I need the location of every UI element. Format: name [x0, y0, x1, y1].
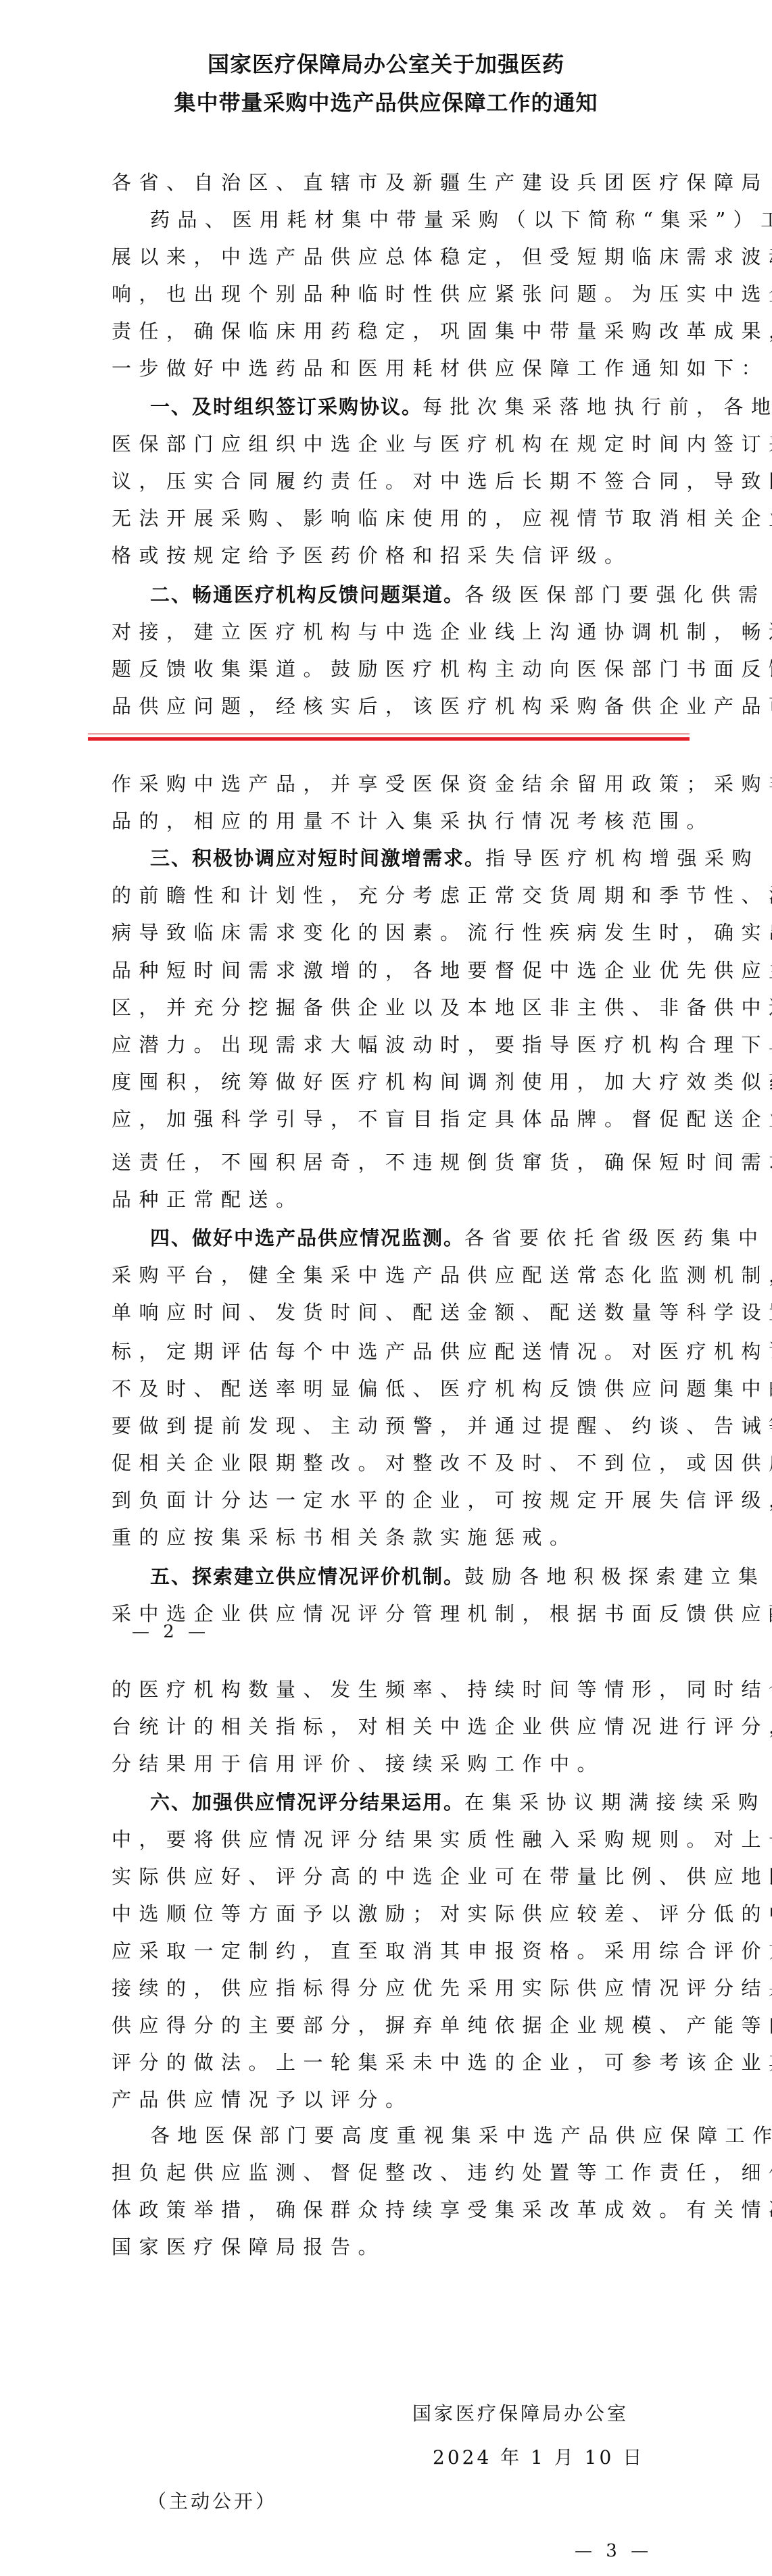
body-text-span: 医保部门应组织中选企业与医疗机构在规定时间内签订采购协 [112, 432, 772, 455]
body-line: 病导致临床需求变化的因素。流行性疾病发生时，确实出现集采 [112, 919, 666, 946]
body-text-span: 展以来，中选产品供应总体稳定，但受短期临床需求波动等影 [112, 245, 772, 268]
page-divider-thin [88, 733, 690, 735]
body-text-span: 品的，相应的用量不计入集采执行情况考核范围。 [112, 810, 714, 833]
addressee: 各省、自治区、直辖市及新疆生产建设兵团医疗保障局： [112, 169, 666, 196]
body-text-span: 题反馈收集渠道。鼓励医疗机构主动向医保部门书面反馈中选产 [112, 658, 772, 680]
body-text-span: 议，压实合同履约责任。对中选后长期不签合同，导致医疗机构 [112, 470, 772, 493]
body-line: 到负面计分达一定水平的企业，可按规定开展失信评级，情节严 [112, 1487, 666, 1514]
body-line: 单响应时间、发货时间、配送金额、配送数量等科学设置监测指 [112, 1299, 666, 1326]
section-heading-line: 一、及时组织签订采购协议。每批次集采落地执行前，各地 [150, 393, 666, 420]
body-text-span: 体政策举措，确保群众持续享受集采改革成效。有关情况及时向 [112, 2198, 772, 2221]
body-line: 的前瞻性和计划性，充分考虑正常交货周期和季节性、流行性疾 [112, 882, 666, 909]
body-line: 不及时、配送率明显偏低、医疗机构反馈供应问题集中的产品， [112, 1375, 666, 1402]
section-heading: 三、积极协调应对短时间激增需求。 [150, 847, 485, 870]
body-text-span: 要做到提前发现、主动预警，并通过提醒、约谈、告诫等方式督 [112, 1414, 772, 1437]
body-text-span: 指导医疗机构增强采购 [485, 847, 759, 870]
body-text-span: 台统计的相关指标，对相关中选企业供应情况进行评分，并将评 [112, 1715, 772, 1738]
section-heading-line: 四、做好中选产品供应情况监测。各省要依托省级医药集中 [150, 1224, 666, 1252]
body-line: 接续的，供应指标得分应优先采用实际供应情况评分结果，并占 [112, 1975, 666, 2002]
body-line: 药品、医用耗材集中带量采购（以下简称“集采”）工作开 [150, 206, 666, 233]
body-text-span: 单响应时间、发货时间、配送金额、配送数量等科学设置监测指 [112, 1301, 772, 1324]
page-number-3: — 3 — [575, 2541, 652, 2561]
signature-org: 国家医疗保障局办公室 [412, 2399, 629, 2426]
body-text-span: 国家医疗保障局报告。 [112, 2235, 385, 2258]
body-text-span: 区，并充分挖掘备供企业以及本地区非主供、非备供中选企业供 [112, 996, 772, 1019]
body-line: 重的应按集采标书相关条款实施惩戒。 [112, 1524, 666, 1551]
body-text-span: 品种短时间需求激增的，各地要督促中选企业优先供应主供地 [112, 959, 772, 982]
body-line: 促相关企业限期整改。对整改不及时、不到位，或因供应问题受 [112, 1450, 666, 1477]
section-heading-line: 五、探索建立供应情况评价机制。鼓励各地积极探索建立集 [150, 1563, 666, 1590]
body-line: 标，定期评估每个中选产品供应配送情况。对医疗机构订单响应 [112, 1338, 666, 1365]
body-line: 医保部门应组织中选企业与医疗机构在规定时间内签订采购协 [112, 430, 666, 457]
section-heading: 四、做好中选产品供应情况监测。 [150, 1227, 464, 1249]
disclosure-note: （主动公开） [147, 2487, 277, 2514]
body-line: 议，压实合同履约责任。对中选后长期不签合同，导致医疗机构 [112, 468, 666, 495]
body-line: 品种正常配送。 [112, 1186, 666, 1213]
section-heading-line: 三、积极协调应对短时间激增需求。指导医疗机构增强采购 [150, 845, 666, 872]
body-text-span: 到负面计分达一定水平的企业，可按规定开展失信评级，情节严 [112, 1489, 772, 1512]
body-line: 分结果用于信用评价、接续采购工作中。 [112, 1750, 666, 1777]
section-heading: 一、及时组织签订采购协议。 [150, 395, 423, 418]
body-line: 送责任，不囤积居奇，不违规倒货窜货，确保短时间需求激增的 [112, 1149, 666, 1176]
body-line: 品的，相应的用量不计入集采执行情况考核范围。 [112, 808, 666, 835]
body-text-span: 病导致临床需求变化的因素。流行性疾病发生时，确实出现集采 [112, 921, 772, 944]
page-number-2: — 2 — [132, 1622, 210, 1642]
section-heading: 六、加强供应情况评分结果运用。 [150, 1791, 464, 1814]
body-text-span: 应采取一定制约，直至取消其申报资格。采用综合评价方式开展 [112, 1939, 772, 1962]
body-text-span: 送责任，不囤积居奇，不违规倒货窜货，确保短时间需求激增的 [112, 1151, 772, 1174]
body-line: 供应得分的主要部分，摒弃单纯依据企业规模、产能等间接指标 [112, 2012, 666, 2039]
body-text-span: 实际供应好、评分高的中选企业可在带量比例、供应地区选择、 [112, 1865, 772, 1888]
body-text-span: 促相关企业限期整改。对整改不及时、不到位，或因供应问题受 [112, 1452, 772, 1475]
body-text-span: 分结果用于信用评价、接续采购工作中。 [112, 1752, 604, 1775]
body-text-span: 每批次集采落地执行前，各地 [423, 395, 772, 418]
body-text-span: 品供应问题，经核实后，该医疗机构采购备供企业产品可直接视 [112, 695, 772, 718]
body-text-span: 重的应按集采标书相关条款实施惩戒。 [112, 1526, 577, 1549]
body-line: 采购平台，健全集采中选产品供应配送常态化监测机制，通过订 [112, 1262, 666, 1289]
body-text-span: 中选顺位等方面予以激励；对实际供应较差、评分低的中选企业 [112, 1902, 772, 1925]
body-line: 的医疗机构数量、发生频率、持续时间等情形，同时结合采购平 [112, 1676, 666, 1703]
title-line-1: 国家医疗保障局办公室关于加强医药 [0, 51, 772, 78]
body-line: 体政策举措，确保群众持续享受集采改革成效。有关情况及时向 [112, 2196, 666, 2223]
body-line: 应采取一定制约，直至取消其申报资格。采用综合评价方式开展 [112, 1937, 666, 1964]
section-heading-line: 六、加强供应情况评分结果运用。在集采协议期满接续采购 [150, 1789, 666, 1816]
body-text-span: 的医疗机构数量、发生频率、持续时间等情形，同时结合采购平 [112, 1678, 772, 1701]
body-line: 格或按规定给予医药价格和招采失信评级。 [112, 542, 666, 569]
body-line: 应，加强科学引导，不盲目指定具体品牌。督促配送企业履行配 [112, 1106, 666, 1133]
body-text-span: 度囤积，统筹做好医疗机构间调剂使用，加大疗效类似药品的供 [112, 1070, 772, 1093]
body-text-span: 接续的，供应指标得分应优先采用实际供应情况评分结果，并占 [112, 1977, 772, 2000]
body-line: 担负起供应监测、督促整改、违约处置等工作责任，细化完善具 [112, 2159, 666, 2186]
body-line: 应潜力。出现需求大幅波动时，要指导医疗机构合理下单、不过 [112, 1031, 666, 1058]
body-line: 作采购中选产品，并享受医保资金结余留用政策；采购非中选产 [112, 770, 666, 797]
body-text-span: 各级医保部门要强化供需 [464, 583, 766, 606]
body-line: 一步做好中选药品和医用耗材供应保障工作通知如下： [112, 355, 666, 382]
body-line: 实际供应好、评分高的中选企业可在带量比例、供应地区选择、 [112, 1863, 666, 1890]
body-text-span: 各地医保部门要高度重视集采中选产品供应保障工作，切实 [150, 2124, 772, 2147]
body-line: 对接，建立医疗机构与中选企业线上沟通协调机制，畅通供应问 [112, 618, 666, 645]
body-text-span: 品种正常配送。 [112, 1188, 304, 1211]
body-line: 度囤积，统筹做好医疗机构间调剂使用，加大疗效类似药品的供 [112, 1068, 666, 1095]
body-text-span: 中，要将供应情况评分结果实质性融入采购规则。对上一轮集采 [112, 1828, 772, 1851]
body-text-span: 采中选企业供应情况评分管理机制，根据书面反馈供应配送问题 [112, 1602, 772, 1625]
body-line: 国家医疗保障局报告。 [112, 2233, 666, 2260]
body-text-span: 格或按规定给予医药价格和招采失信评级。 [112, 544, 632, 567]
body-text-span: 评分的做法。上一轮集采未中选的企业，可参考该企业其他中选 [112, 2051, 772, 2074]
body-line: 展以来，中选产品供应总体稳定，但受短期临床需求波动等影 [112, 243, 666, 270]
title-line-2: 集中带量采购中选产品供应保障工作的通知 [0, 89, 772, 116]
body-line: 责任，确保临床用药稳定，巩固集中带量采购改革成果，现就进 [112, 318, 666, 345]
body-line: 要做到提前发现、主动预警，并通过提醒、约谈、告诫等方式督 [112, 1412, 666, 1439]
body-text-span: 采购平台，健全集采中选产品供应配送常态化监测机制，通过订 [112, 1264, 772, 1287]
body-text-span: 对接，建立医疗机构与中选企业线上沟通协调机制，畅通供应问 [112, 620, 772, 643]
section-heading: 五、探索建立供应情况评价机制。 [150, 1565, 464, 1588]
body-line: 中选顺位等方面予以激励；对实际供应较差、评分低的中选企业 [112, 1900, 666, 1927]
body-line: 区，并充分挖掘备供企业以及本地区非主供、非备供中选企业供 [112, 994, 666, 1021]
body-text-span: 产品供应情况予以评分。 [112, 2088, 413, 2111]
body-text-span: 应潜力。出现需求大幅波动时，要指导医疗机构合理下单、不过 [112, 1033, 772, 1056]
signature-date: 2024 年 1 月 10 日 [433, 2443, 644, 2470]
body-line: 品供应问题，经核实后，该医疗机构采购备供企业产品可直接视 [112, 693, 666, 720]
page-divider-thick [88, 737, 690, 741]
body-text-span: 响，也出现个别品种临时性供应紧张问题。为压实中选企业履约 [112, 282, 772, 305]
body-line: 中，要将供应情况评分结果实质性融入采购规则。对上一轮集采 [112, 1826, 666, 1853]
body-text-span: 鼓励各地积极探索建立集 [464, 1565, 766, 1588]
body-text-span: 药品、医用耗材集中带量采购（以下简称“集采”）工作开 [150, 208, 772, 231]
body-line: 评分的做法。上一轮集采未中选的企业，可参考该企业其他中选 [112, 2049, 666, 2076]
section-heading: 二、畅通医疗机构反馈问题渠道。 [150, 583, 464, 606]
body-line: 响，也出现个别品种临时性供应紧张问题。为压实中选企业履约 [112, 280, 666, 307]
body-text-span: 应，加强科学引导，不盲目指定具体品牌。督促配送企业履行配 [112, 1108, 772, 1131]
body-text-span: 在集采协议期满接续采购 [464, 1791, 766, 1814]
body-text-span: 担负起供应监测、督促整改、违约处置等工作责任，细化完善具 [112, 2161, 772, 2184]
body-text-span: 各省要依托省级医药集中 [464, 1227, 766, 1249]
body-text-span: 的前瞻性和计划性，充分考虑正常交货周期和季节性、流行性疾 [112, 884, 772, 907]
body-line: 无法开展采购、影响临床使用的，应视情节取消相关企业中选资 [112, 505, 666, 532]
body-line: 各地医保部门要高度重视集采中选产品供应保障工作，切实 [150, 2122, 666, 2149]
body-line: 产品供应情况予以评分。 [112, 2086, 666, 2113]
body-text-span: 责任，确保临床用药稳定，巩固集中带量采购改革成果，现就进 [112, 320, 772, 343]
body-text-span: 一步做好中选药品和医用耗材供应保障工作通知如下： [112, 357, 769, 380]
body-text-span: 不及时、配送率明显偏低、医疗机构反馈供应问题集中的产品， [112, 1377, 772, 1400]
section-heading-line: 二、畅通医疗机构反馈问题渠道。各级医保部门要强化供需 [150, 581, 666, 608]
body-line: 台统计的相关指标，对相关中选企业供应情况进行评分，并将评 [112, 1713, 666, 1740]
body-text-span: 作采购中选产品，并享受医保资金结余留用政策；采购非中选产 [112, 772, 772, 795]
body-text-span: 供应得分的主要部分，摒弃单纯依据企业规模、产能等间接指标 [112, 2014, 772, 2037]
body-line: 题反馈收集渠道。鼓励医疗机构主动向医保部门书面反馈中选产 [112, 655, 666, 683]
body-line: 品种短时间需求激增的，各地要督促中选企业优先供应主供地 [112, 957, 666, 984]
body-text-span: 标，定期评估每个中选产品供应配送情况。对医疗机构订单响应 [112, 1340, 772, 1363]
body-text-span: 无法开展采购、影响临床使用的，应视情节取消相关企业中选资 [112, 507, 772, 530]
